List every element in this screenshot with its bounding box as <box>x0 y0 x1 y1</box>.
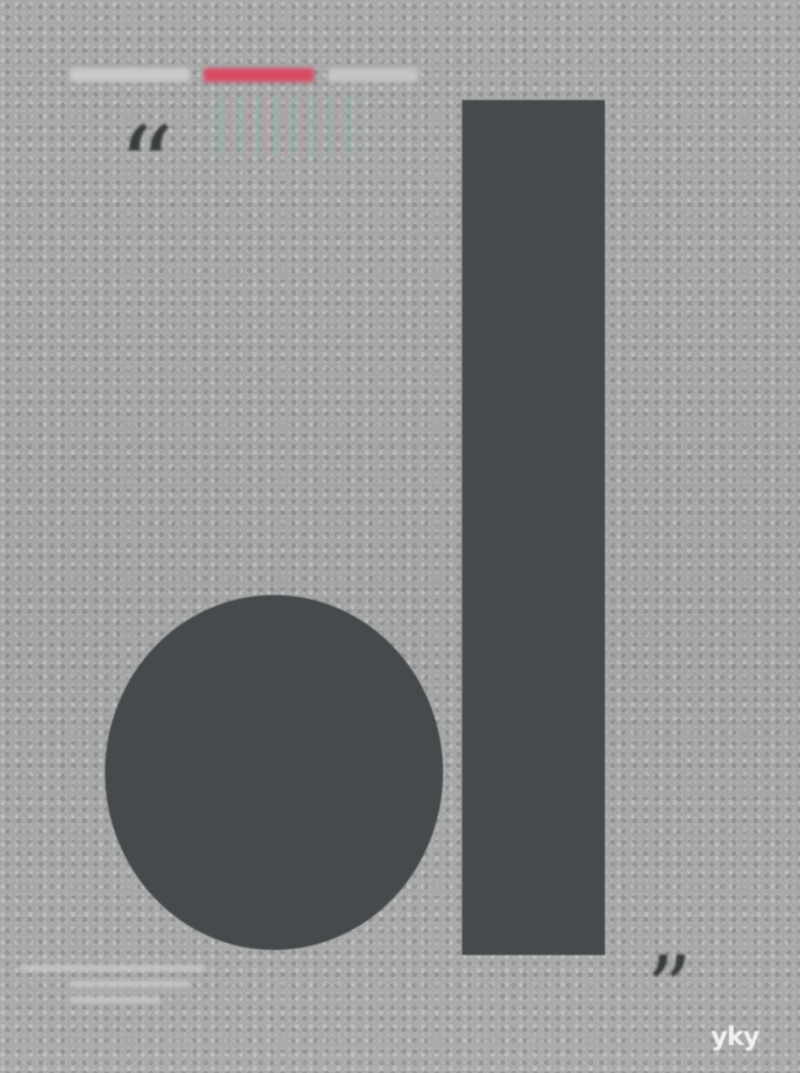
credit-line <box>20 965 205 971</box>
book-cover: “ “ yky <box>0 0 800 1073</box>
circle-shape <box>105 595 443 950</box>
credit-line <box>70 997 160 1003</box>
subtitle-decoration <box>220 95 350 155</box>
open-quote-mark: “ <box>118 112 174 222</box>
credit-line <box>70 981 190 987</box>
cover-header <box>70 55 510 95</box>
author-name <box>70 68 190 82</box>
close-quote-mark: “ <box>648 895 694 985</box>
book-title <box>204 68 314 82</box>
footer-credits <box>20 965 210 1025</box>
series-name <box>328 68 418 82</box>
publisher-logo: yky <box>688 1020 782 1054</box>
vertical-bar-shape <box>462 100 605 955</box>
